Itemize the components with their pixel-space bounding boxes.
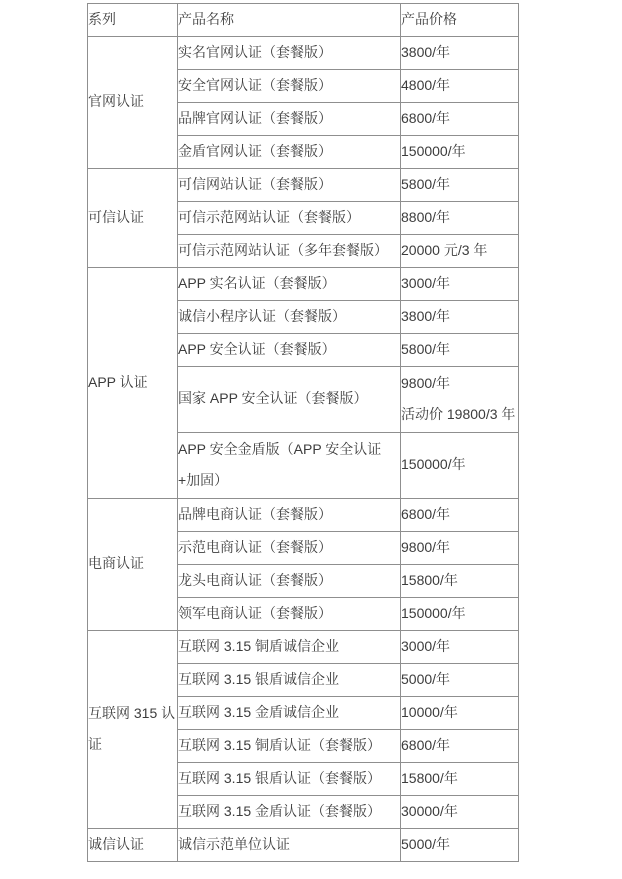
product-price-cell: 8800/年 [401, 201, 519, 234]
product-price-cell: 3800/年 [401, 300, 519, 333]
page: 系列 产品名称 产品价格 官网认证 实名官网认证（套餐版） 3800/年 安全官… [0, 0, 622, 879]
product-price-cell: 6800/年 [401, 102, 519, 135]
product-price-cell: 15800/年 [401, 762, 519, 795]
product-name-cell: 诚信示范单位认证 [178, 828, 401, 861]
product-name-cell: 互联网 3.15 金盾诚信企业 [178, 696, 401, 729]
product-name-cell: 品牌官网认证（套餐版） [178, 102, 401, 135]
table-row: APP 认证 APP 实名认证（套餐版） 3000/年 [88, 267, 519, 300]
product-price-cell: 150000/年 [401, 135, 519, 168]
product-price-cell: 9800/年 [401, 531, 519, 564]
table-row: 官网认证 实名官网认证（套餐版） 3800/年 [88, 36, 519, 69]
product-price-cell: 6800/年 [401, 729, 519, 762]
series-cell-dianshang: 电商认证 [88, 498, 178, 630]
column-header-price: 产品价格 [401, 4, 519, 37]
product-price-cell: 5800/年 [401, 168, 519, 201]
product-name-cell: 可信示范网站认证（套餐版） [178, 201, 401, 234]
series-cell-app: APP 认证 [88, 267, 178, 498]
price-line-1: 9800/年 [401, 368, 518, 400]
series-cell-guanwang: 官网认证 [88, 36, 178, 168]
product-price-cell: 10000/年 [401, 696, 519, 729]
product-name-cell: APP 安全认证（套餐版） [178, 333, 401, 366]
product-name-cell: APP 安全金盾版（APP 安全认证+加固） [178, 432, 401, 498]
product-price-cell: 150000/年 [401, 597, 519, 630]
product-name-cell: 互联网 3.15 金盾认证（套餐版） [178, 795, 401, 828]
product-name-cell: APP 实名认证（套餐版） [178, 267, 401, 300]
table-row: 诚信认证 诚信示范单位认证 5000/年 [88, 828, 519, 861]
series-cell-kexin: 可信认证 [88, 168, 178, 267]
product-name-cell: 可信网站认证（套餐版） [178, 168, 401, 201]
product-price-cell: 6800/年 [401, 498, 519, 531]
series-cell-315: 互联网 315 认证 [88, 630, 178, 828]
product-name-cell: 实名官网认证（套餐版） [178, 36, 401, 69]
product-price-cell: 5800/年 [401, 333, 519, 366]
product-name-cell: 互联网 3.15 银盾诚信企业 [178, 663, 401, 696]
table-row: 可信认证 可信网站认证（套餐版） 5800/年 [88, 168, 519, 201]
series-cell-chengxin: 诚信认证 [88, 828, 178, 861]
product-price-table: 系列 产品名称 产品价格 官网认证 实名官网认证（套餐版） 3800/年 安全官… [87, 3, 519, 862]
product-name-cell: 示范电商认证（套餐版） [178, 531, 401, 564]
product-name-cell: 互联网 3.15 银盾认证（套餐版） [178, 762, 401, 795]
product-name-cell: 诚信小程序认证（套餐版） [178, 300, 401, 333]
product-name-cell: 金盾官网认证（套餐版） [178, 135, 401, 168]
product-price-cell: 9800/年 活动价 19800/3 年 [401, 366, 519, 432]
product-price-cell: 150000/年 [401, 432, 519, 498]
product-name-cell: 国家 APP 安全认证（套餐版） [178, 366, 401, 432]
price-line-2: 活动价 19800/3 年 [401, 399, 518, 431]
table-row: 互联网 315 认证 互联网 3.15 铜盾诚信企业 3000/年 [88, 630, 519, 663]
table-row: 电商认证 品牌电商认证（套餐版） 6800/年 [88, 498, 519, 531]
product-price-cell: 15800/年 [401, 564, 519, 597]
product-price-cell: 5000/年 [401, 663, 519, 696]
table-header-row: 系列 产品名称 产品价格 [88, 4, 519, 37]
column-header-product: 产品名称 [178, 4, 401, 37]
product-price-cell: 20000 元/3 年 [401, 234, 519, 267]
product-name-cell: 互联网 3.15 铜盾认证（套餐版） [178, 729, 401, 762]
product-name-cell: 可信示范网站认证（多年套餐版） [178, 234, 401, 267]
product-name-cell: 品牌电商认证（套餐版） [178, 498, 401, 531]
product-name-cell: 龙头电商认证（套餐版） [178, 564, 401, 597]
product-price-cell: 3000/年 [401, 630, 519, 663]
product-price-cell: 5000/年 [401, 828, 519, 861]
column-header-series: 系列 [88, 4, 178, 37]
product-price-cell: 4800/年 [401, 69, 519, 102]
product-price-cell: 3000/年 [401, 267, 519, 300]
product-price-cell: 3800/年 [401, 36, 519, 69]
product-name-cell: 互联网 3.15 铜盾诚信企业 [178, 630, 401, 663]
product-name-cell: 安全官网认证（套餐版） [178, 69, 401, 102]
product-price-cell: 30000/年 [401, 795, 519, 828]
product-name-cell: 领军电商认证（套餐版） [178, 597, 401, 630]
